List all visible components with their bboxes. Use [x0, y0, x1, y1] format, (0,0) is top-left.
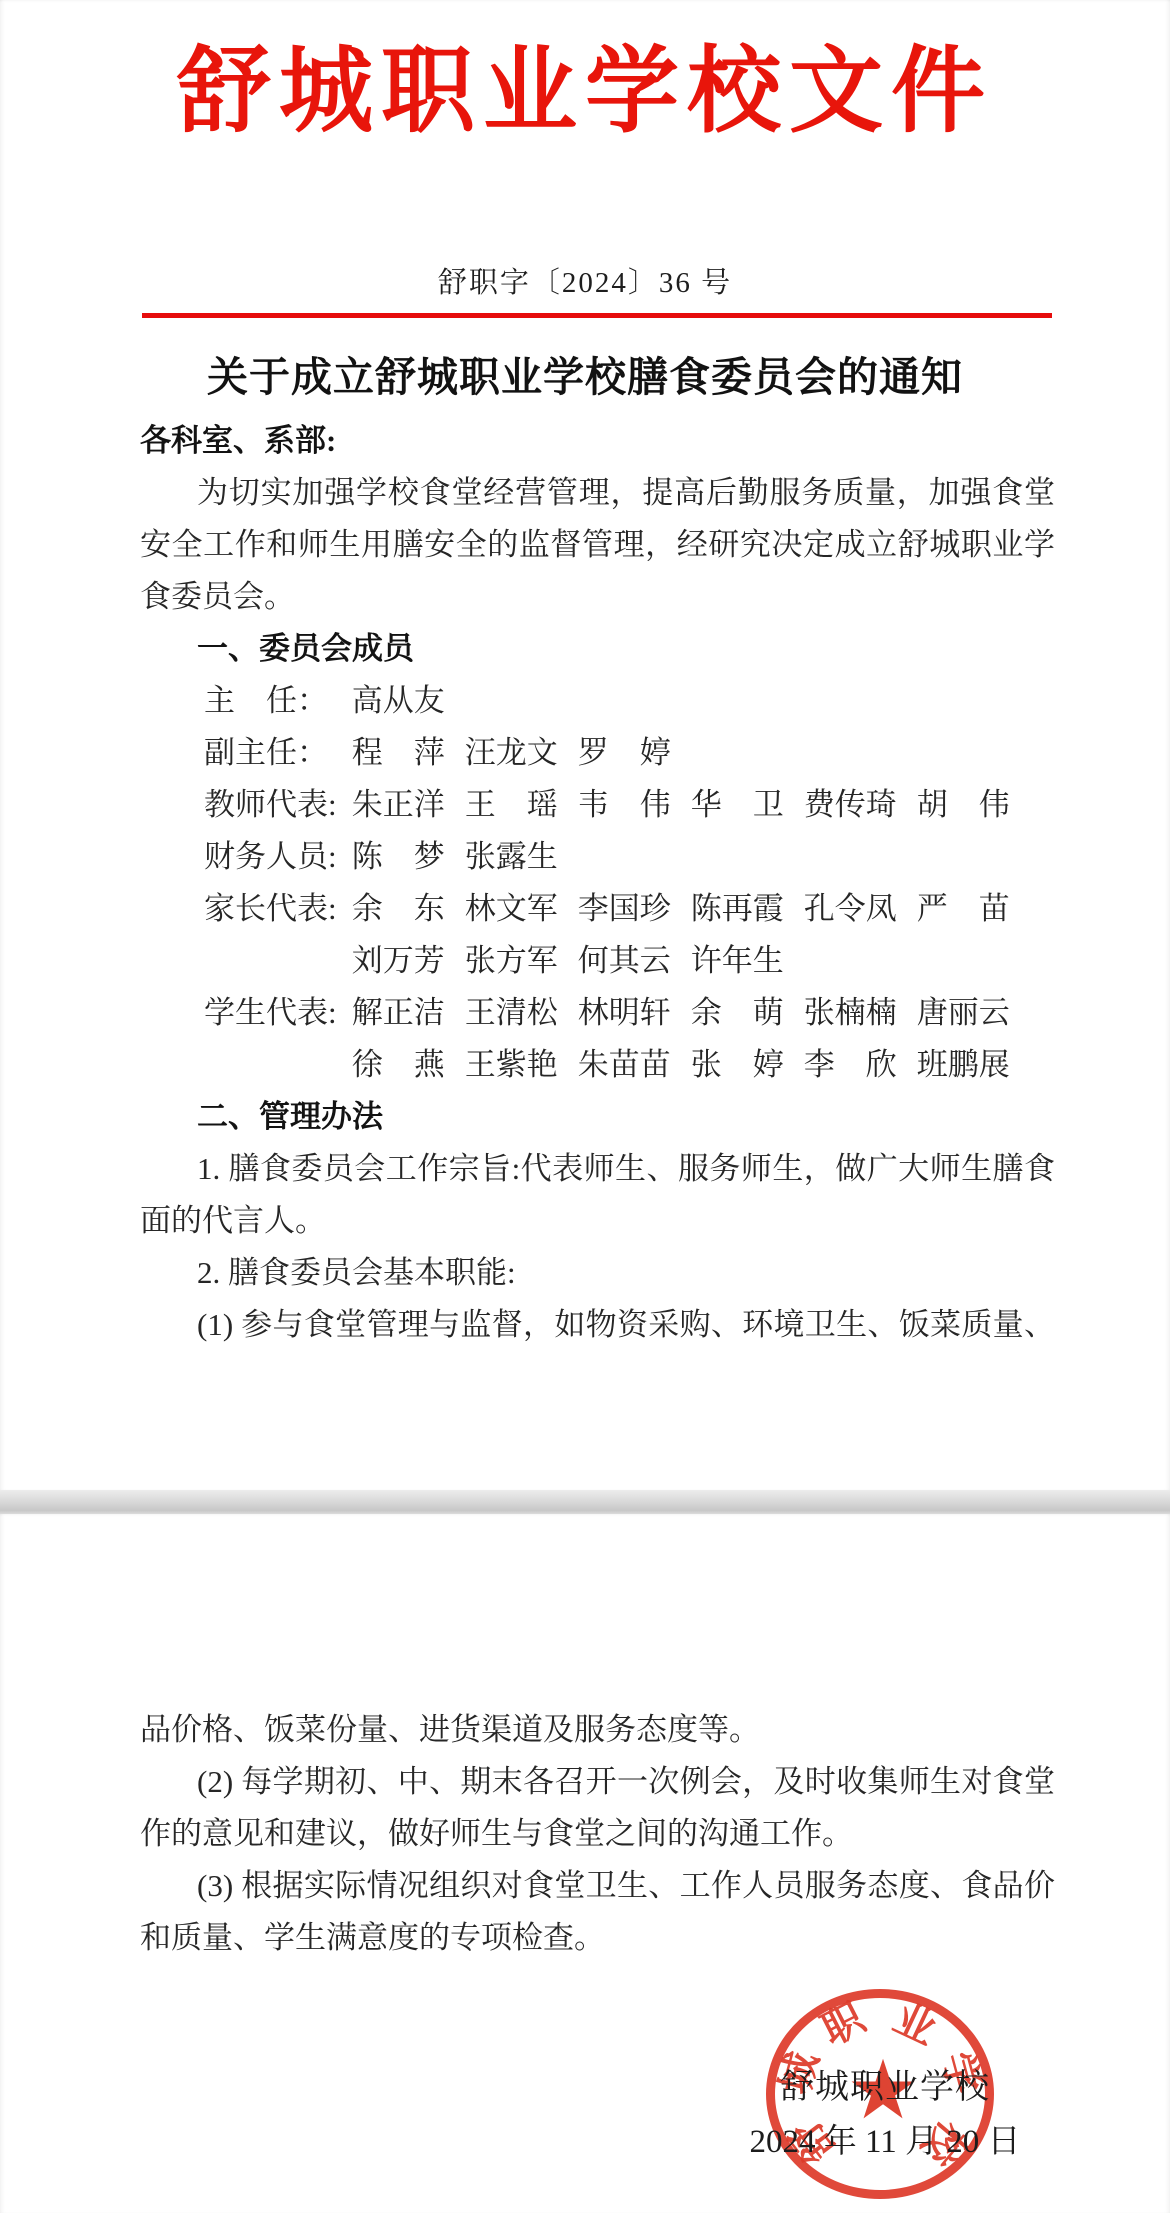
method-item-1-cont: 面的代言人。: [140, 1195, 1055, 1247]
method-item-4: (2) 每学期初、中、期末各召开一次例会，及时收集师生对食堂工: [140, 1756, 1055, 1808]
member-line-director: 主 任： 高从友: [140, 675, 1055, 727]
member-name: 胡 伟: [917, 779, 1010, 831]
member-role-label: 副主任：: [204, 727, 344, 779]
member-name: 王紫艳: [465, 1039, 558, 1091]
method-item-3: (1) 参与食堂管理与监督，如物资采购、环境卫生、饭菜质量、食: [140, 1299, 1055, 1351]
member-name: 余 萌: [691, 987, 784, 1039]
member-name: 林文军: [465, 883, 558, 935]
continuation-line: 品价格、饭菜份量、进货渠道及服务态度等。: [140, 1704, 1055, 1756]
member-name: 徐 燕: [352, 1039, 445, 1091]
member-name: 张方军: [465, 935, 558, 987]
seal-arc-character: 业: [885, 1994, 944, 2054]
member-name: 费传琦: [804, 779, 897, 831]
seal-arc-character: 职: [813, 1994, 873, 2055]
member-names: 余 东林文军李国珍陈再霞孔令凤严 苗: [352, 883, 1010, 935]
member-line-students-cont: 徐 燕王紫艳朱苗苗张 婷李 欣班鹏展: [140, 1039, 1055, 1091]
member-role-label: 学生代表:: [204, 987, 344, 1039]
member-name: 刘万芳: [352, 935, 445, 987]
member-name: 韦 伟: [578, 779, 671, 831]
member-name: 张露生: [465, 831, 558, 883]
member-names: 高从友: [352, 675, 445, 727]
intro-line: 食委员会。: [140, 571, 1055, 623]
intro-line: 安全工作和师生用膳安全的监督管理，经研究决定成立舒城职业学校膳: [140, 519, 1055, 571]
page-break-bar: [0, 1490, 1170, 1514]
document-number: 舒职字〔2024〕36 号: [0, 265, 1170, 301]
member-role-label: 财务人员:: [204, 831, 344, 883]
intro-line: 为切实加强学校食堂经营管理，提高后勤服务质量，加强食堂卫生: [140, 467, 1055, 519]
document-screenshot: 舒城职业学校文件 舒职字〔2024〕36 号 关于成立舒城职业学校膳食委员会的通…: [0, 0, 1170, 2213]
member-name: 罗 婷: [578, 727, 671, 779]
member-line-students: 学生代表: 解正洁王清松林明轩余 萌张楠楠唐丽云: [140, 987, 1055, 1039]
member-name: 汪龙文: [465, 727, 558, 779]
member-name: 张 婷: [691, 1039, 784, 1091]
member-names: 程 萍汪龙文罗 婷: [352, 727, 671, 779]
member-name: 许年生: [691, 935, 784, 987]
method-item-4-cont: 作的意见和建议，做好师生与食堂之间的沟通工作。: [140, 1808, 1055, 1860]
member-name: 陈 梦: [352, 831, 445, 883]
member-line-parents: 家长代表: 余 东林文军李国珍陈再霞孔令凤严 苗: [140, 883, 1055, 935]
member-name: 张楠楠: [804, 987, 897, 1039]
member-names: 徐 燕王紫艳朱苗苗张 婷李 欣班鹏展: [352, 1039, 1010, 1091]
member-name: 余 东: [352, 883, 445, 935]
member-name: 林明轩: [578, 987, 671, 1039]
method-item-2: 2. 膳食委员会基本职能:: [140, 1247, 1055, 1299]
member-name: 朱正洋: [352, 779, 445, 831]
member-name: 王清松: [465, 987, 558, 1039]
method-item-1: 1. 膳食委员会工作宗旨:代表师生、服务师生，做广大师生膳食方: [140, 1143, 1055, 1195]
section-heading-methods: 二、管理办法: [140, 1091, 1055, 1143]
member-line-deputy: 副主任： 程 萍汪龙文罗 婷: [140, 727, 1055, 779]
member-role-label: 主 任：: [204, 675, 344, 727]
member-role-label: 教师代表:: [204, 779, 344, 831]
member-name: 华 卫: [691, 779, 784, 831]
red-header-title: 舒城职业学校文件: [0, 36, 1170, 148]
member-names: 朱正洋王 瑶韦 伟华 卫费传琦胡 伟: [352, 779, 1010, 831]
member-name: 朱苗苗: [578, 1039, 671, 1091]
member-name: 严 苗: [917, 883, 1010, 935]
member-name: 程 萍: [352, 727, 445, 779]
red-divider-rule: [142, 313, 1052, 318]
member-role-label: 家长代表:: [204, 883, 344, 935]
member-names: 解正洁王清松林明轩余 萌张楠楠唐丽云: [352, 987, 1010, 1039]
member-name: 李 欣: [804, 1039, 897, 1091]
section-heading-members: 一、委员会成员: [140, 623, 1055, 675]
notice-title: 关于成立舒城职业学校膳食委员会的通知: [0, 350, 1170, 404]
method-item-5-cont: 和质量、学生满意度的专项检查。: [140, 1912, 1055, 1964]
method-item-5: (3) 根据实际情况组织对食堂卫生、工作人员服务态度、食品价格: [140, 1860, 1055, 1912]
member-line-teachers: 教师代表: 朱正洋王 瑶韦 伟华 卫费传琦胡 伟: [140, 779, 1055, 831]
signature-school-name: 舒城职业学校: [735, 2066, 1035, 2110]
member-line-finance: 财务人员: 陈 梦张露生: [140, 831, 1055, 883]
member-name: 何其云: [578, 935, 671, 987]
member-names: 陈 梦张露生: [352, 831, 558, 883]
page2-body: 品价格、饭菜份量、进货渠道及服务态度等。 (2) 每学期初、中、期末各召开一次例…: [140, 1704, 1055, 1964]
member-name: 孔令凤: [804, 883, 897, 935]
member-names: 刘万芳张方军何其云许年生: [352, 935, 784, 987]
member-name: 高从友: [352, 675, 445, 727]
page1-body: 各科室、系部: 为切实加强学校食堂经营管理，提高后勤服务质量，加强食堂卫生 安全…: [140, 415, 1055, 1351]
document-page-1: 舒城职业学校文件 舒职字〔2024〕36 号 关于成立舒城职业学校膳食委员会的通…: [0, 0, 1170, 1490]
member-name: 李国珍: [578, 883, 671, 935]
document-page-2: 品价格、饭菜份量、进货渠道及服务态度等。 (2) 每学期初、中、期末各召开一次例…: [0, 1514, 1170, 2213]
member-name: 王 瑶: [465, 779, 558, 831]
member-name: 解正洁: [352, 987, 445, 1039]
member-line-parents-cont: 刘万芳张方军何其云许年生: [140, 935, 1055, 987]
salutation: 各科室、系部:: [140, 415, 1055, 467]
member-name: 班鹏展: [917, 1039, 1010, 1091]
member-name: 唐丽云: [917, 987, 1010, 1039]
member-name: 陈再霞: [691, 883, 784, 935]
signature-date: 2024 年 11 月 20 日: [735, 2120, 1035, 2164]
